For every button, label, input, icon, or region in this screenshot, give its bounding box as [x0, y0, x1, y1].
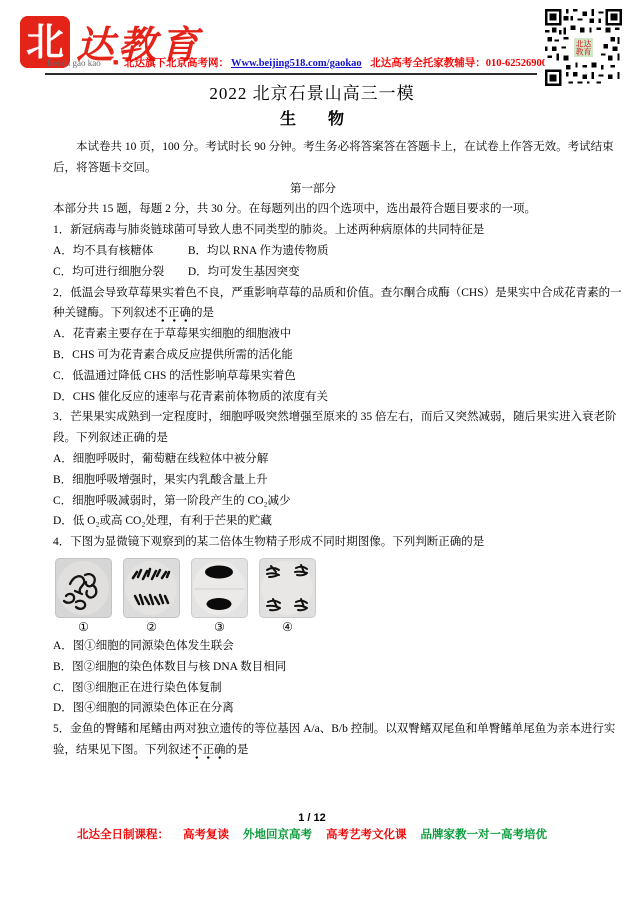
- footer-courses-line: 北达全日制课程：高考复读外地回京高考高考艺考文化课品牌家教一对一高考培优: [0, 826, 624, 842]
- exam-body: 本试卷共 10 页，100 分。考试时长 90 分钟。考生务必将答案答在答题卡上…: [53, 137, 573, 761]
- micrograph-2: ②: [123, 558, 180, 635]
- footer-segment-repeat: 高考复读: [183, 829, 229, 841]
- site-label: 北达旗下北京高考网：: [124, 58, 229, 69]
- question-3-option-a: A．细胞呼吸时，葡萄糖在线粒体中被分解: [53, 449, 573, 470]
- question-4-micrograph-strip: ① ②: [55, 558, 573, 635]
- question-3-stem-line2: 段。下列叙述正确的是: [53, 428, 573, 449]
- question-4-stem: 4．下图为显微镜下观察到的某二倍体生物精子形成不同时期图像。下列判断正确的是: [53, 532, 573, 553]
- micrograph-2-label: ②: [123, 620, 180, 635]
- question-2-option-a: A．花青素主要存在于草莓果实细胞的细胞液中: [53, 324, 573, 345]
- question-5-stem-line2-pre: 验，结果见下图。下列叙述: [53, 744, 191, 756]
- intro-paragraph-line1: 本试卷共 10 页，100 分。考试时长 90 分钟。考生务必将答案答在答题卡上…: [53, 137, 573, 158]
- subject-title: 生 物: [0, 106, 624, 129]
- question-1-option-b: B．均以 RNA 作为遗传物质: [188, 245, 329, 257]
- footer-segment-tutoring: 品牌家教一对一高考培优: [421, 829, 548, 841]
- document-title: 2022 北京石景山高三一模: [0, 79, 624, 104]
- header-info-line: 北达旗下北京高考网：Www.beijing518.com/gaokao 北达高考…: [124, 55, 547, 70]
- micrograph-4: ④: [259, 558, 316, 635]
- question-4-option-d: D．图④细胞的同源染色体正在分离: [53, 698, 573, 719]
- question-1-options-row2: C．均可进行细胞分裂 D．均可发生基因突变: [53, 262, 573, 283]
- micrograph-1-label: ①: [55, 620, 112, 635]
- question-5-stem-line1: 5．金鱼的臀鳍和尾鳍由两对独立遗传的等位基因 A/a、B/b 控制。以双臀鳍双尾…: [53, 719, 573, 740]
- micrograph-3-label: ③: [191, 620, 248, 635]
- question-2-emphasis: 不正确: [157, 307, 192, 322]
- gaokao-site-link[interactable]: Www.beijing518.com/gaokao: [231, 58, 362, 69]
- tutor-label: 北达高考全托家教辅导：010-62526900: [370, 58, 547, 69]
- question-1-option-d: D．均可发生基因突变: [188, 266, 300, 278]
- question-1-option-a: A．均不具有核糖体: [53, 241, 185, 262]
- question-1-stem: 1．新冠病毒与肺炎链球菌可导致人患不同类型的肺炎。上述两种病原体的共同特征是: [53, 220, 573, 241]
- exam-document-page: 北 达教育 Bei da gao kao ■ 北达旗下北京高考网：Www.bei…: [0, 0, 624, 907]
- question-1-option-c: C．均可进行细胞分裂: [53, 262, 185, 283]
- question-2-option-d: D．CHS 催化反应的速率与花青素前体物质的浓度有关: [53, 387, 573, 408]
- question-5-stem-line2: 验，结果见下图。下列叙述不正确的是: [53, 740, 573, 761]
- part1-description: 本部分共 15 题，每题 2 分，共 30 分。在每题列出的四个选项中，选出最符…: [53, 199, 573, 220]
- question-2-stem-line2-pre: 种关键酶。下列叙述: [53, 307, 157, 319]
- part1-heading: 第一部分: [53, 179, 573, 200]
- micrograph-4-label: ④: [259, 620, 316, 635]
- brand-pinyin: Bei da gao kao: [47, 58, 101, 68]
- question-3-option-c: C．细胞呼吸减弱时，第一阶段产生的 CO₂减少: [53, 491, 573, 512]
- page-number: 1 / 12: [0, 812, 624, 824]
- footer-segment-programs: 北达全日制课程：: [77, 829, 169, 841]
- question-5-stem-line2-post: 的是: [226, 744, 249, 756]
- question-2-option-b: B．CHS 可为花青素合成反应提供所需的活化能: [53, 345, 573, 366]
- question-3-stem-line1: 3．芒果果实成熟到一定程度时，细胞呼吸突然增强至原来的 35 倍左右，而后又突然…: [53, 407, 573, 428]
- micrograph-3: ③: [191, 558, 248, 635]
- question-4-option-c: C．图③细胞正在进行染色体复制: [53, 678, 573, 699]
- question-1-options-row1: A．均不具有核糖体 B．均以 RNA 作为遗传物质: [53, 241, 573, 262]
- footer-segment-art-culture: 高考艺考文化课: [326, 829, 407, 841]
- question-4-option-b: B．图②细胞的染色体数目与核 DNA 数目相同: [53, 657, 573, 678]
- svg-text:教育: 教育: [576, 47, 592, 57]
- question-2-stem-line2-post: 的是: [191, 307, 214, 319]
- qr-code: 北达 教育: [545, 9, 622, 86]
- question-3-option-b: B．细胞呼吸增强时，果实内乳酸含量上升: [53, 470, 573, 491]
- footer-segment-return-beijing: 外地回京高考: [243, 829, 312, 841]
- question-5-emphasis: 不正确: [191, 744, 226, 759]
- question-2-stem-line1: 2．低温会导致草莓果实着色不良，严重影响草莓的品质和价值。查尔酮合成酶（CHS）…: [53, 283, 573, 304]
- header-divider: [45, 73, 537, 75]
- question-2-stem-line2: 种关键酶。下列叙述不正确的是: [53, 303, 573, 324]
- question-3-option-d: D．低 O₂或高 CO₂处理，有利于芒果的贮藏: [53, 511, 573, 532]
- micrograph-1: ①: [55, 558, 112, 635]
- question-2-option-c: C．低温通过降低 CHS 的活性影响草莓果实着色: [53, 366, 573, 387]
- question-4-option-a: A．图①细胞的同源染色体发生联会: [53, 636, 573, 657]
- bullet-icon: ■: [113, 57, 118, 67]
- intro-paragraph-line2: 后，将答题卡交回。: [53, 158, 573, 179]
